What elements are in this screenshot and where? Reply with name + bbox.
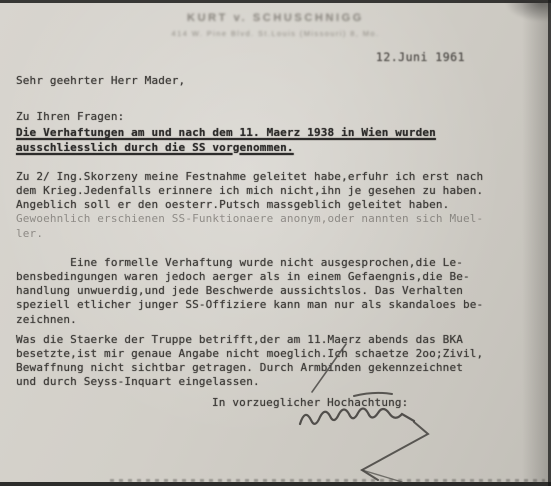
letterhead: KURT v. SCHUSCHNIGG 414 W. Pine Blvd. St… xyxy=(0,12,551,38)
handwritten-signature xyxy=(250,330,480,486)
salutation: Sehr geehrter Herr Mader, xyxy=(16,74,528,88)
letter-line: ler. xyxy=(16,227,528,241)
letter-line: ausschliesslich durch die SS vorgenommen… xyxy=(16,141,528,155)
letter-line: bensbedingungen waren jedoch aerger als … xyxy=(16,270,528,284)
letter-line: Angeblich soll er den oesterr.Putsch mas… xyxy=(16,198,528,212)
letter-line: handlung unwuerdig,und jede Beschwerde a… xyxy=(16,284,528,298)
letterhead-address: 414 W. Pine Blvd. St.Louis (Missouri) 8,… xyxy=(0,29,551,38)
intro-line: Zu Ihren Fragen: xyxy=(16,110,528,124)
letter-line: Die Verhaftungen am und nach dem 11. Mae… xyxy=(16,126,528,140)
date-line: 12.Juni 1961 xyxy=(376,50,465,64)
scan-edge-top xyxy=(0,0,551,3)
letter-line: Zu 2/ Ing.Skorzeny meine Festnahme gelei… xyxy=(16,170,528,184)
scanned-letter-page: KURT v. SCHUSCHNIGG 414 W. Pine Blvd. St… xyxy=(0,0,551,486)
letter-line: dem Krieg.Jedenfalls erinnere ich mich n… xyxy=(16,184,528,198)
paragraph: Zu 2/ Ing.Skorzeny meine Festnahme gelei… xyxy=(16,170,528,241)
paragraph: Eine formelle Verhaftung wurde nicht aus… xyxy=(16,256,528,327)
paragraph: Die Verhaftungen am und nach dem 11. Mae… xyxy=(16,126,528,154)
letterhead-name: KURT v. SCHUSCHNIGG xyxy=(0,12,551,24)
signature-strokes xyxy=(250,330,480,486)
letter-line: Eine formelle Verhaftung wurde nicht aus… xyxy=(16,256,528,270)
letter-line: Gewoehnlich erschienen SS-Funktionaere a… xyxy=(16,212,528,226)
letter-line: speziell etlicher junger SS-Offiziere ka… xyxy=(16,298,528,312)
letter-line: zeichnen. xyxy=(16,313,528,327)
